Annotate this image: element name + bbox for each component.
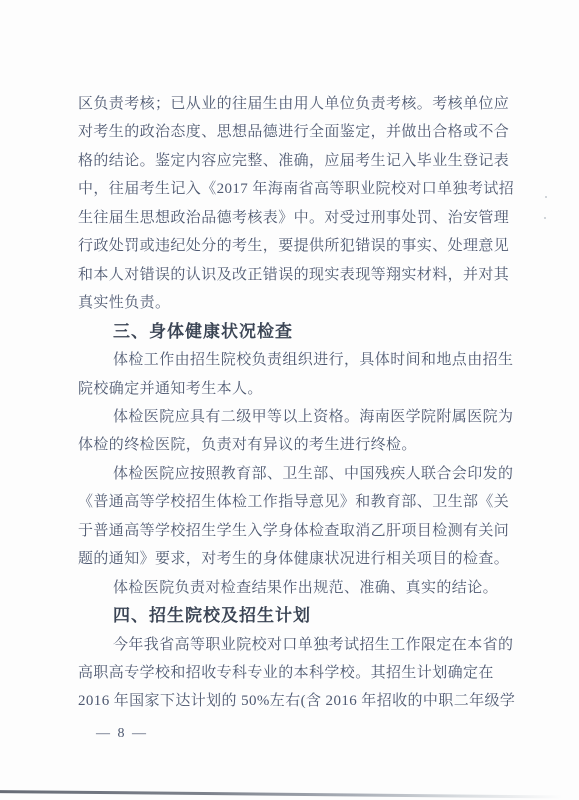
text-line: 真实性负责。 [78,293,170,322]
text-line: 体检医院负责对检查结果作出规范、准确、真实的结论。 [113,578,498,607]
text-line: 体检工作由招生院校负责组织进行，具体时间和地点由招生 [113,350,513,379]
text-line: 生往届生思想政治品德考核表》中。对受过刑事处罚、治安管理 [78,208,509,237]
text-line: 体检的终检医院，负责对有异议的考生进行终检。 [78,435,417,464]
text-line: 行政处罚或违纪处分的考生，要提供所犯错误的事实、处理意见 [78,236,509,265]
text-line: 今年我省高等职业院校对口单独考试招生工作限定在本省的 [113,635,513,664]
scan-speck [544,217,546,219]
text-line: 题的通知》要求，对考生的身体健康状况进行相关项目的检查。 [78,549,509,578]
section-heading: 三、身体健康状况检查 [113,322,293,351]
section-heading: 四、招生院校及招生计划 [113,606,311,635]
text-line: 于普通高等学校招生学生入学身体检查取消乙肝项目检测有关问 [78,521,509,550]
text-line: 院校确定并通知考生本人。 [78,379,263,408]
page-number: — 8 — [96,726,148,742]
text-line: 区负责考核；已从业的往届生由用人单位负责考核。考核单位应 [78,94,509,123]
scan-speck [545,196,547,198]
text-line: 体检医院应具有二级甲等以上资格。海南医学院附属医院为 [113,407,513,436]
text-line: 高职高专学校和招收专科专业的本科学校。其招生计划确定在 [78,663,494,692]
text-line: 对考生的政治态度、思想品德进行全面鉴定，并做出合格或不合 [78,122,509,151]
text-line: 和本人对错误的认识及改正错误的现实表现等翔实材料，并对其 [78,265,509,294]
text-line: 体检医院应按照教育部、卫生部、中国残疾人联合会印发的 [113,464,513,493]
text-line: 中，往届考生记入《2017 年海南省高等职业院校对口单独考试招 [78,179,514,208]
page-edge-line [0,790,579,798]
document-page: 区负责考核；已从业的往届生由用人单位负责考核。考核单位应对考生的政治态度、思想品… [0,0,579,800]
text-line: 格的结论。鉴定内容应完整、准确，应届考生记入毕业生登记表 [78,151,509,180]
text-line: 2016 年国家下达计划的 50%左右(含 2016 年招收的中职二年级学 [78,691,515,720]
text-line: 《普通高等学校招生体检工作指导意见》和教育部、卫生部《关 [78,492,509,521]
